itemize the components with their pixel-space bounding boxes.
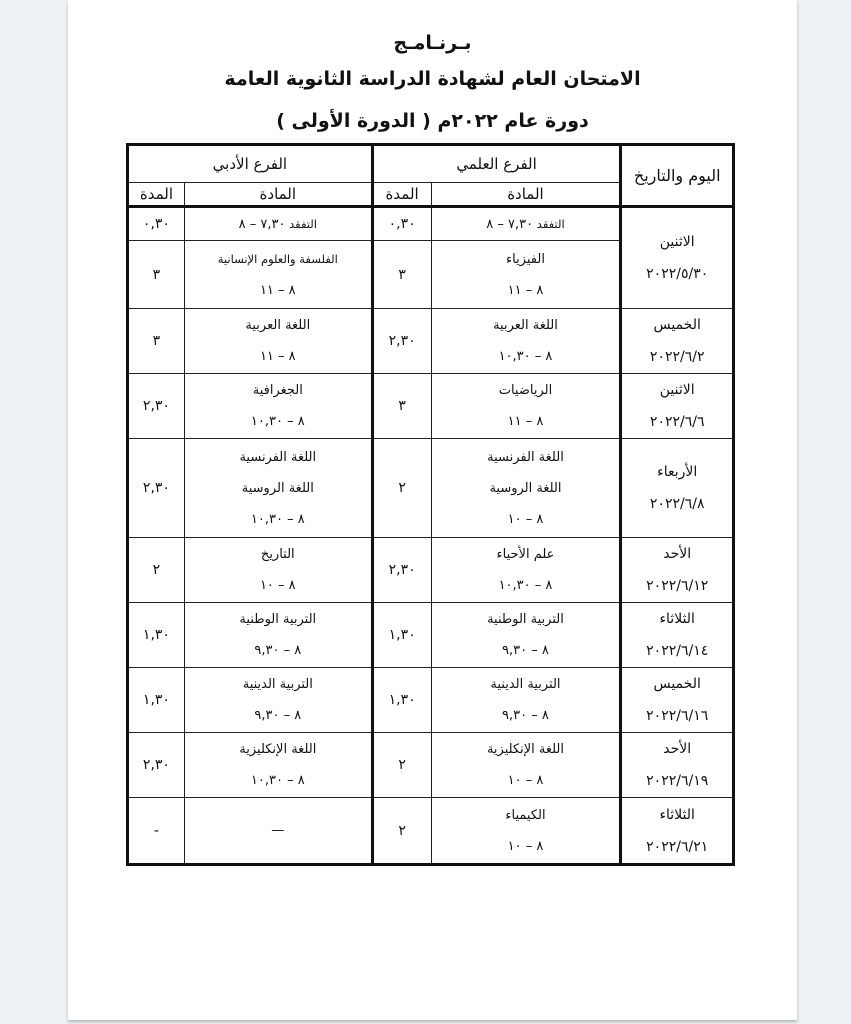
header-science-branch: الفرع العلمي [372, 145, 621, 183]
day-name: الأحد [622, 733, 732, 765]
lit-subject-cell: الجغرافية ٨ – ١٠,٣٠ [184, 374, 372, 439]
table-row: الثلاثاء ٢٠٢٢/٦/١٤ التربية الوطنية ٨ – ٩… [128, 603, 734, 668]
day-date-cell: الثلاثاء ٢٠٢٢/٦/١٤ [621, 603, 734, 668]
lit-time: ٨ – ١٠,٣٠ [185, 406, 371, 437]
sci-duration: ٠,٣٠ [372, 207, 431, 241]
lit-time: ٨ – ٩,٣٠ [185, 635, 371, 666]
lit-time: ٨ – ١٠ [185, 570, 371, 601]
sci-time: ٨ – ٩,٣٠ [432, 635, 620, 666]
lit-subject-cell: اللغة الفرنسية اللغة الروسية ٨ – ١٠,٣٠ [184, 439, 372, 538]
day-name: الاثنين [622, 226, 732, 258]
sci-time: ٨ – ١٠,٣٠ [432, 341, 620, 372]
header-sci-duration: المدة [372, 183, 431, 207]
day-name: الاثنين [622, 374, 732, 406]
day-date-cell: الاثنين ٢٠٢٢/٦/٦ [621, 374, 734, 439]
lit-duration: ٠,٣٠ [128, 207, 185, 241]
lit-duration: - [128, 798, 185, 865]
lit-duration: ٢,٣٠ [128, 374, 185, 439]
sci-subject-cell: الكيمياء ٨ – ١٠ [431, 798, 621, 865]
sci-subject: التفقد [537, 217, 565, 231]
header-day-date: اليوم والتاريخ [621, 145, 734, 207]
lit-time: ٨ – ١٠,٣٠ [185, 765, 371, 796]
table-row: الأحد ٢٠٢٢/٦/١٢ علم الأحياء ٨ – ١٠,٣٠ ٢,… [128, 538, 734, 603]
exam-date: ٢٠٢٢/٦/٢ [622, 341, 732, 373]
lit-duration: ٣ [128, 241, 185, 309]
lit-time: ٨ – ١١ [185, 341, 371, 372]
sci-subject: الفيزياء [432, 244, 620, 275]
sci-duration: ١,٣٠ [372, 603, 431, 668]
lit-subject-cell: التربية الوطنية ٨ – ٩,٣٠ [184, 603, 372, 668]
header-sci-subject: المادة [431, 183, 621, 207]
sci-subject: علم الأحياء [432, 539, 620, 570]
sci-subject: اللغة العربية [432, 310, 620, 341]
sci-subject-cell: التربية الوطنية ٨ – ٩,٣٠ [431, 603, 621, 668]
sci-subject-cell: اللغة الفرنسية اللغة الروسية ٨ – ١٠ [431, 439, 621, 538]
doc-heading: بـرنـامـج [68, 32, 797, 54]
sci-subject: التربية الوطنية [432, 604, 620, 635]
sci-subject-cell: اللغة الإنكليزية ٨ – ١٠ [431, 733, 621, 798]
lit-subject: التربية الدينية [185, 669, 371, 700]
lit-subject-2: اللغة الروسية [185, 473, 371, 504]
lit-time: ٧,٣٠ – ٨ [239, 217, 286, 232]
day-date-cell: الثلاثاء ٢٠٢٢/٦/٢١ [621, 798, 734, 865]
exam-date: ٢٠٢٢/٦/١٩ [622, 765, 732, 797]
sci-subject-cell: اللغة العربية ٨ – ١٠,٣٠ [431, 309, 621, 374]
sci-time: ٨ – ١١ [432, 406, 620, 437]
lit-subject-cell: التربية الدينية ٨ – ٩,٣٠ [184, 668, 372, 733]
day-date-cell: الاثنين ٢٠٢٢/٥/٣٠ [621, 207, 734, 309]
sci-duration: ٢,٣٠ [372, 309, 431, 374]
day-date-cell: الأحد ٢٠٢٢/٦/١٩ [621, 733, 734, 798]
table-row: الاثنين ٢٠٢٢/٥/٣٠ التفقد ٧,٣٠ – ٨ ٠,٣٠ ا… [128, 207, 734, 241]
lit-duration: ٢,٣٠ [128, 733, 185, 798]
lit-subject-cell: التاريخ ٨ – ١٠ [184, 538, 372, 603]
exam-date: ٢٠٢٢/٦/١٤ [622, 635, 732, 667]
doc-subtitle: دورة عام ٢٠٢٢م ( الدورة الأولى ) [68, 110, 797, 132]
day-name: الخميس [622, 309, 732, 341]
lit-duration: ٢,٣٠ [128, 439, 185, 538]
sci-time: ٨ – ١٠ [432, 765, 620, 796]
header-lit-subject: المادة [184, 183, 372, 207]
sci-subject: التربية الدينية [432, 669, 620, 700]
lit-subject: اللغة الفرنسية [185, 442, 371, 473]
exam-schedule-table: اليوم والتاريخ الفرع العلمي الفرع الأدبي… [126, 143, 735, 866]
lit-subject-cell: الفلسفة والعلوم الإنسانية ٨ – ١١ [184, 241, 372, 309]
lit-subject: التاريخ [185, 539, 371, 570]
header-day-date-label: اليوم والتاريخ [634, 166, 721, 185]
sci-subject-cell: علم الأحياء ٨ – ١٠,٣٠ [431, 538, 621, 603]
day-name: الأربعاء [622, 456, 732, 488]
exam-date: ٢٠٢٢/٦/٦ [622, 406, 732, 438]
sci-duration: ٣ [372, 241, 431, 309]
sci-subject-2: اللغة الروسية [432, 473, 620, 504]
sci-time: ٨ – ٩,٣٠ [432, 700, 620, 731]
lit-subject-cell: اللغة العربية ٨ – ١١ [184, 309, 372, 374]
sci-time: ٧,٣٠ – ٨ [486, 217, 533, 232]
lit-duration: ١,٣٠ [128, 668, 185, 733]
header-lit-duration: المدة [128, 183, 185, 207]
lit-subject: التربية الوطنية [185, 604, 371, 635]
table-row: الخميس ٢٠٢٢/٦/٢ اللغة العربية ٨ – ١٠,٣٠ … [128, 309, 734, 374]
lit-subject-cell: — [184, 798, 372, 865]
lit-duration: ١,٣٠ [128, 603, 185, 668]
sci-duration: ٣ [372, 374, 431, 439]
day-date-cell: الأحد ٢٠٢٢/٦/١٢ [621, 538, 734, 603]
table-row: الأربعاء ٢٠٢٢/٦/٨ اللغة الفرنسية اللغة ا… [128, 439, 734, 538]
sci-duration: ١,٣٠ [372, 668, 431, 733]
lit-subject-cell: التفقد ٧,٣٠ – ٨ [184, 207, 372, 241]
exam-date: ٢٠٢٢/٦/١٢ [622, 570, 732, 602]
table-row: الخميس ٢٠٢٢/٦/١٦ التربية الدينية ٨ – ٩,٣… [128, 668, 734, 733]
lit-time: ٨ – ٩,٣٠ [185, 700, 371, 731]
exam-date: ٢٠٢٢/٦/٢١ [622, 831, 732, 863]
sci-time: ٨ – ١٠ [432, 504, 620, 535]
day-date-cell: الخميس ٢٠٢٢/٦/١٦ [621, 668, 734, 733]
lit-duration: ٢ [128, 538, 185, 603]
lit-time: ٨ – ١٠,٣٠ [185, 504, 371, 535]
sci-subject-cell: التفقد ٧,٣٠ – ٨ [431, 207, 621, 241]
sci-subject-cell: الرياضيات ٨ – ١١ [431, 374, 621, 439]
lit-subject: الجغرافية [185, 375, 371, 406]
lit-time: ٨ – ١١ [185, 275, 371, 306]
lit-subject: — [185, 815, 371, 846]
exam-date: ٢٠٢٢/٦/١٦ [622, 700, 732, 732]
exam-date: ٢٠٢٢/٥/٣٠ [622, 258, 732, 290]
day-date-cell: الخميس ٢٠٢٢/٦/٢ [621, 309, 734, 374]
day-name: الثلاثاء [622, 603, 732, 635]
table-row: الثلاثاء ٢٠٢٢/٦/٢١ الكيمياء ٨ – ١٠ ٢ — - [128, 798, 734, 865]
exam-date: ٢٠٢٢/٦/٨ [622, 488, 732, 520]
sci-time: ٨ – ١١ [432, 275, 620, 306]
sci-duration: ٢ [372, 733, 431, 798]
day-date-cell: الأربعاء ٢٠٢٢/٦/٨ [621, 439, 734, 538]
sci-duration: ٢ [372, 798, 431, 865]
table-row: الاثنين ٢٠٢٢/٦/٦ الرياضيات ٨ – ١١ ٣ الجغ… [128, 374, 734, 439]
day-name: الخميس [622, 668, 732, 700]
lit-duration: ٣ [128, 309, 185, 374]
header-literary-branch: الفرع الأدبي [128, 145, 373, 183]
table-row: الأحد ٢٠٢٢/٦/١٩ اللغة الإنكليزية ٨ – ١٠ … [128, 733, 734, 798]
lit-subject-cell: اللغة الإنكليزية ٨ – ١٠,٣٠ [184, 733, 372, 798]
sci-time: ٨ – ١٠ [432, 831, 620, 862]
day-name: الأحد [622, 538, 732, 570]
doc-title: الامتحان العام لشهادة الدراسة الثانوية ا… [68, 68, 797, 90]
day-name: الثلاثاء [622, 799, 732, 831]
lit-subject: التفقد [289, 217, 317, 231]
sci-duration: ٢,٣٠ [372, 538, 431, 603]
lit-subject: الفلسفة والعلوم الإنسانية [185, 244, 371, 275]
sci-subject: اللغة الفرنسية [432, 442, 620, 473]
sci-subject-cell: الفيزياء ٨ – ١١ [431, 241, 621, 309]
lit-subject: اللغة الإنكليزية [185, 734, 371, 765]
document-page: بـرنـامـج الامتحان العام لشهادة الدراسة … [68, 0, 797, 1020]
sci-duration: ٢ [372, 439, 431, 538]
sci-subject: الرياضيات [432, 375, 620, 406]
sci-time: ٨ – ١٠,٣٠ [432, 570, 620, 601]
sci-subject: اللغة الإنكليزية [432, 734, 620, 765]
sci-subject-cell: التربية الدينية ٨ – ٩,٣٠ [431, 668, 621, 733]
lit-subject: اللغة العربية [185, 310, 371, 341]
sci-subject: الكيمياء [432, 800, 620, 831]
